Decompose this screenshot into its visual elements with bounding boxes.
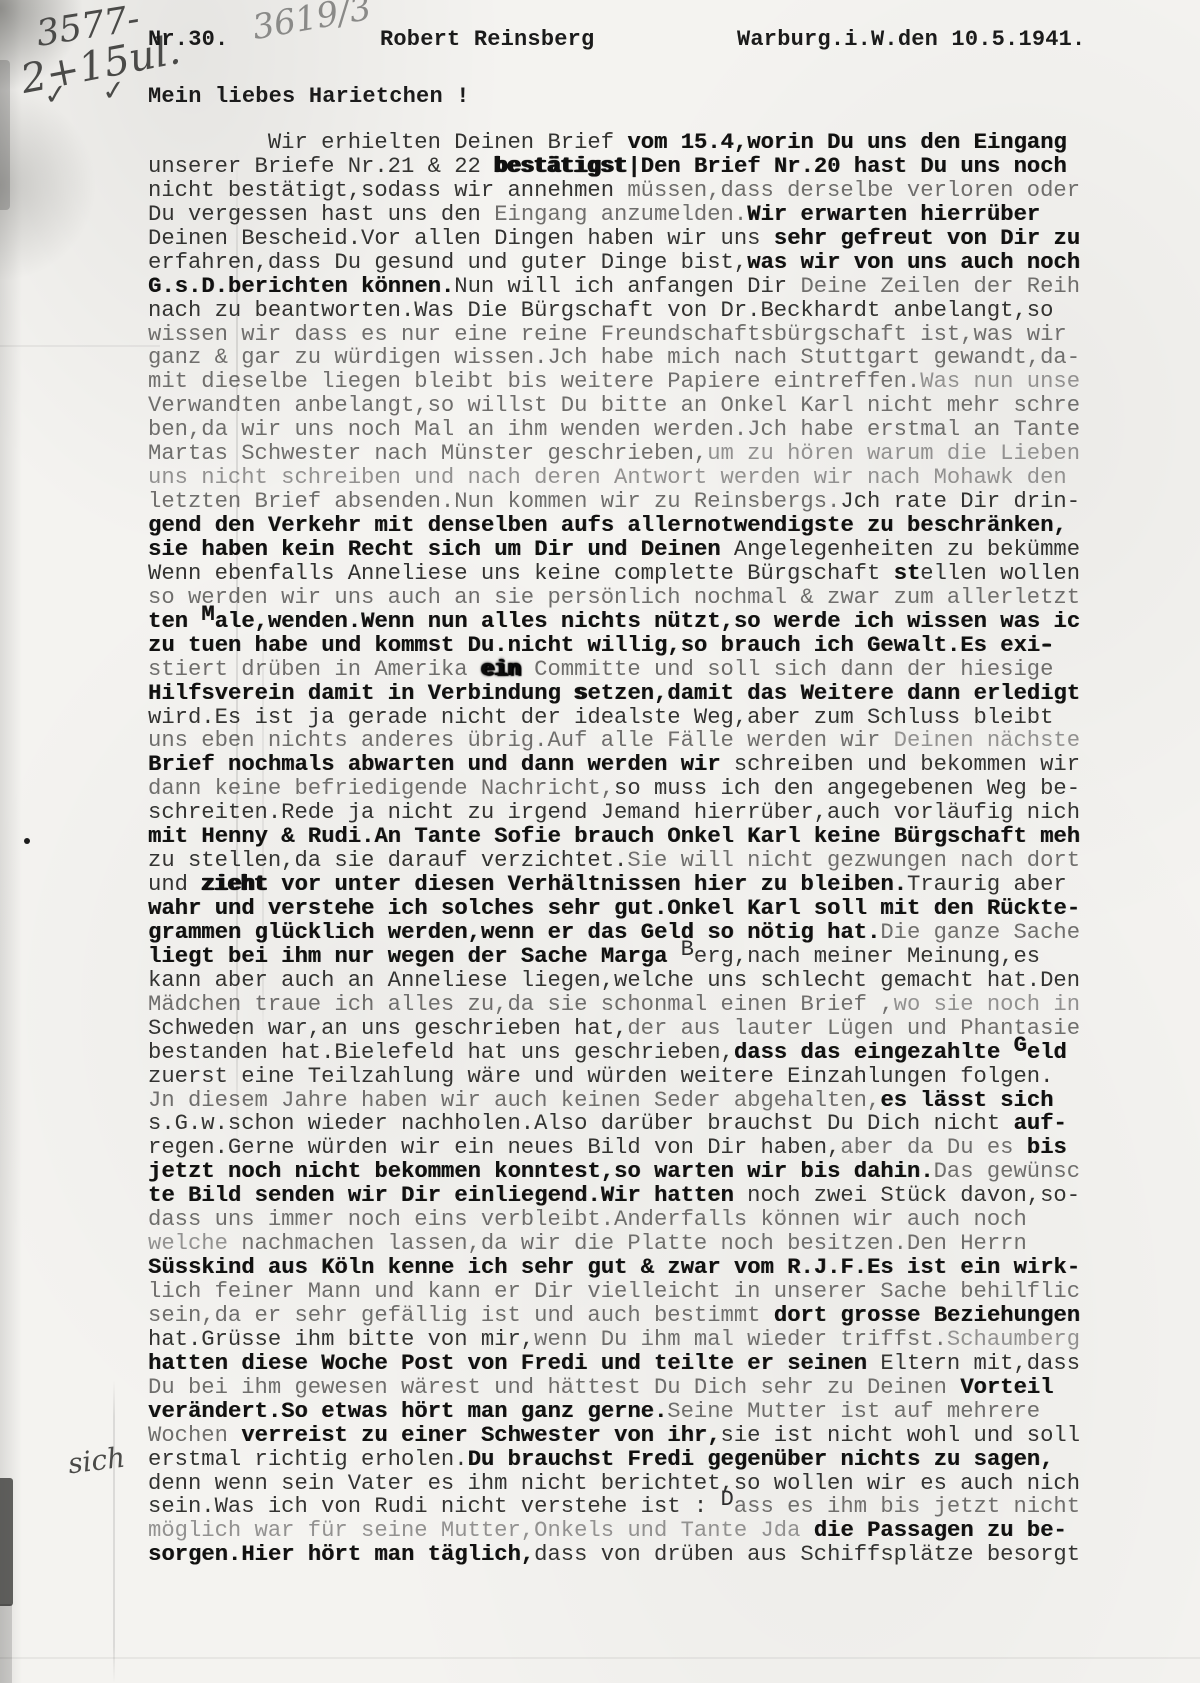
body-line: Süsskind aus Köln kenne ich sehr gut & z… (148, 1256, 1158, 1280)
check-mark-icon: ✓ (42, 77, 69, 112)
body-line: uns eben nichts anderes übrig.Auf alle F… (148, 729, 1158, 753)
body-line: unserer Briefe Nr.21 & 22 bestätigst|Den… (148, 155, 1158, 179)
body-line: denn wenn sein Vater es ihm nicht berich… (148, 1472, 1158, 1496)
body-line: stiert drüben in Amerika ein Committe un… (148, 658, 1158, 682)
body-line: sorgen.Hier hört man täglich,dass von dr… (148, 1543, 1158, 1567)
body-line: Brief nochmals abwarten und dann werden … (148, 753, 1158, 777)
body-line: verändert.So etwas hört man ganz gerne.S… (148, 1400, 1158, 1424)
body-line: wahr und verstehe ich solches sehr gut.O… (148, 897, 1158, 921)
check-mark-icon: ✓ (100, 73, 127, 108)
body-line: s.G.w.schon wieder nachholen.Also darübe… (148, 1112, 1158, 1136)
letter-body: Wir erhielten Deinen Brief vom 15.4,wori… (148, 131, 1158, 1567)
body-line: Wochen verreist zu einer Schwester von i… (148, 1424, 1158, 1448)
body-line: letzten Brief absenden.Nun kommen wir zu… (148, 490, 1158, 514)
scan-edge-mark (0, 1478, 13, 1606)
letter-page: 3577- 3619/3 2+15ul. ✓ ✓ Nr.30. Robert R… (0, 0, 1200, 1683)
fold-crease (236, 150, 238, 1160)
handwritten-margin-word: sich (66, 1441, 127, 1481)
body-line: jetzt noch nicht bekommen konntest,so wa… (148, 1160, 1158, 1184)
body-line: lich feiner Mann und kann er Dir viellei… (148, 1280, 1158, 1304)
body-line: dass uns immer noch eins verbleibt.Ander… (148, 1208, 1158, 1232)
body-line: erfahren,dass Du gesund und guter Dinge … (148, 251, 1158, 275)
body-line: möglich war für seine Mutter,Onkels und … (148, 1519, 1158, 1543)
scan-edge-mark (0, 60, 10, 210)
body-line: nicht bestätigt,sodass wir annehmen müss… (148, 179, 1158, 203)
body-line: Du bei ihm gewesen wärest und hättest Du… (148, 1376, 1158, 1400)
body-line: uns nicht schreiben und nach deren Antwo… (148, 466, 1158, 490)
letter-number: Nr.30. (148, 27, 228, 52)
fold-crease (0, 1657, 1200, 1659)
body-line: so werden wir uns auch an sie persönlich… (148, 586, 1158, 610)
body-line: dann keine befriedigende Nachricht,so mu… (148, 777, 1158, 801)
body-line: Hilfsverein damit in Verbindung setzen,d… (148, 682, 1158, 706)
body-line: Martas Schwester nach Münster geschriebe… (148, 442, 1158, 466)
ink-speck (24, 838, 30, 844)
author-name: Robert Reinsberg (380, 27, 594, 52)
body-line: regen.Gerne würden wir ein neues Bild vo… (148, 1136, 1158, 1160)
body-line: ten Male,wenden.Wenn nun alles nichts nü… (148, 610, 1158, 634)
body-line: sein,da er sehr gefällig ist und auch be… (148, 1304, 1158, 1328)
body-line: bestanden hat.Bielefeld hat uns geschrie… (148, 1041, 1158, 1065)
body-line: Du vergessen hast uns den Eingang anzume… (148, 203, 1158, 227)
body-line: te Bild senden wir Dir einliegend.Wir ha… (148, 1184, 1158, 1208)
body-line: zuerst eine Teilzahlung wäre und würden … (148, 1065, 1158, 1089)
body-line: zu stellen,da sie darauf verzichtet.Sie … (148, 849, 1158, 873)
salutation: Mein liebes Harietchen ! (148, 84, 470, 109)
body-line: G.s.D.berichten können.Nun will ich anfa… (148, 275, 1158, 299)
body-line: Jn diesem Jahre haben wir auch keinen Se… (148, 1089, 1158, 1113)
body-line: sein.Was ich von Rudi nicht verstehe ist… (148, 1495, 1158, 1519)
body-line: gend den Verkehr mit denselben aufs alle… (148, 514, 1158, 538)
body-line: nach zu beantworten.Was Die Bürgschaft v… (148, 299, 1158, 323)
body-line: hat.Grüsse ihm bitte von mir,wenn Du ihm… (148, 1328, 1158, 1352)
body-line: liegt bei ihm nur wegen der Sache Marga … (148, 945, 1158, 969)
body-line: ganz & gar zu würdigen wissen.Jch habe m… (148, 346, 1158, 370)
body-line: Deinen Bescheid.Vor allen Dingen haben w… (148, 227, 1158, 251)
body-line: Mädchen traue ich alles zu,da sie schonm… (148, 993, 1158, 1017)
body-line: wird.Es ist ja gerade nicht der idealste… (148, 706, 1158, 730)
handwritten-pencil-number: 3619/3 (249, 0, 374, 48)
body-line: Verwandten anbelangt,so willst Du bitte … (148, 394, 1158, 418)
body-line: hatten diese Woche Post von Fredi und te… (148, 1352, 1158, 1376)
body-line: mit dieselbe liegen bleibt bis weitere P… (148, 370, 1158, 394)
body-line: Wir erhielten Deinen Brief vom 15.4,wori… (148, 131, 1158, 155)
body-line: erstmal richtig erholen.Du brauchst Fred… (148, 1448, 1158, 1472)
body-line: mit Henny & Rudi.An Tante Sofie brauch O… (148, 825, 1158, 849)
body-line: sie haben kein Recht sich um Dir und Dei… (148, 538, 1158, 562)
fold-crease (262, 620, 264, 1040)
fold-crease (0, 345, 160, 347)
body-line: kann aber auch an Anneliese liegen,welch… (148, 969, 1158, 993)
body-line: und zieht vor unter diesen Verhältnissen… (148, 873, 1158, 897)
body-line: schreiten.Rede ja nicht zu irgend Jemand… (148, 801, 1158, 825)
body-line: Schweden war,an uns geschrieben hat,der … (148, 1017, 1158, 1041)
fold-crease (113, 1380, 115, 1683)
body-line: welche nachmachen lassen,da wir die Plat… (148, 1232, 1158, 1256)
body-line: grammen glücklich werden,wenn er das Gel… (148, 921, 1158, 945)
body-line: wissen wir dass es nur eine reine Freund… (148, 323, 1158, 347)
place-date-line: Warburg.i.W.den 10.5.1941. (737, 27, 1085, 52)
body-line: ben,da wir uns noch Mal an ihm wenden we… (148, 418, 1158, 442)
scan-edge-mark (0, 1604, 12, 1683)
body-line: Wenn ebenfalls Anneliese uns keine compl… (148, 562, 1158, 586)
body-line: zu tuen habe und kommst Du.nicht willig,… (148, 634, 1158, 658)
